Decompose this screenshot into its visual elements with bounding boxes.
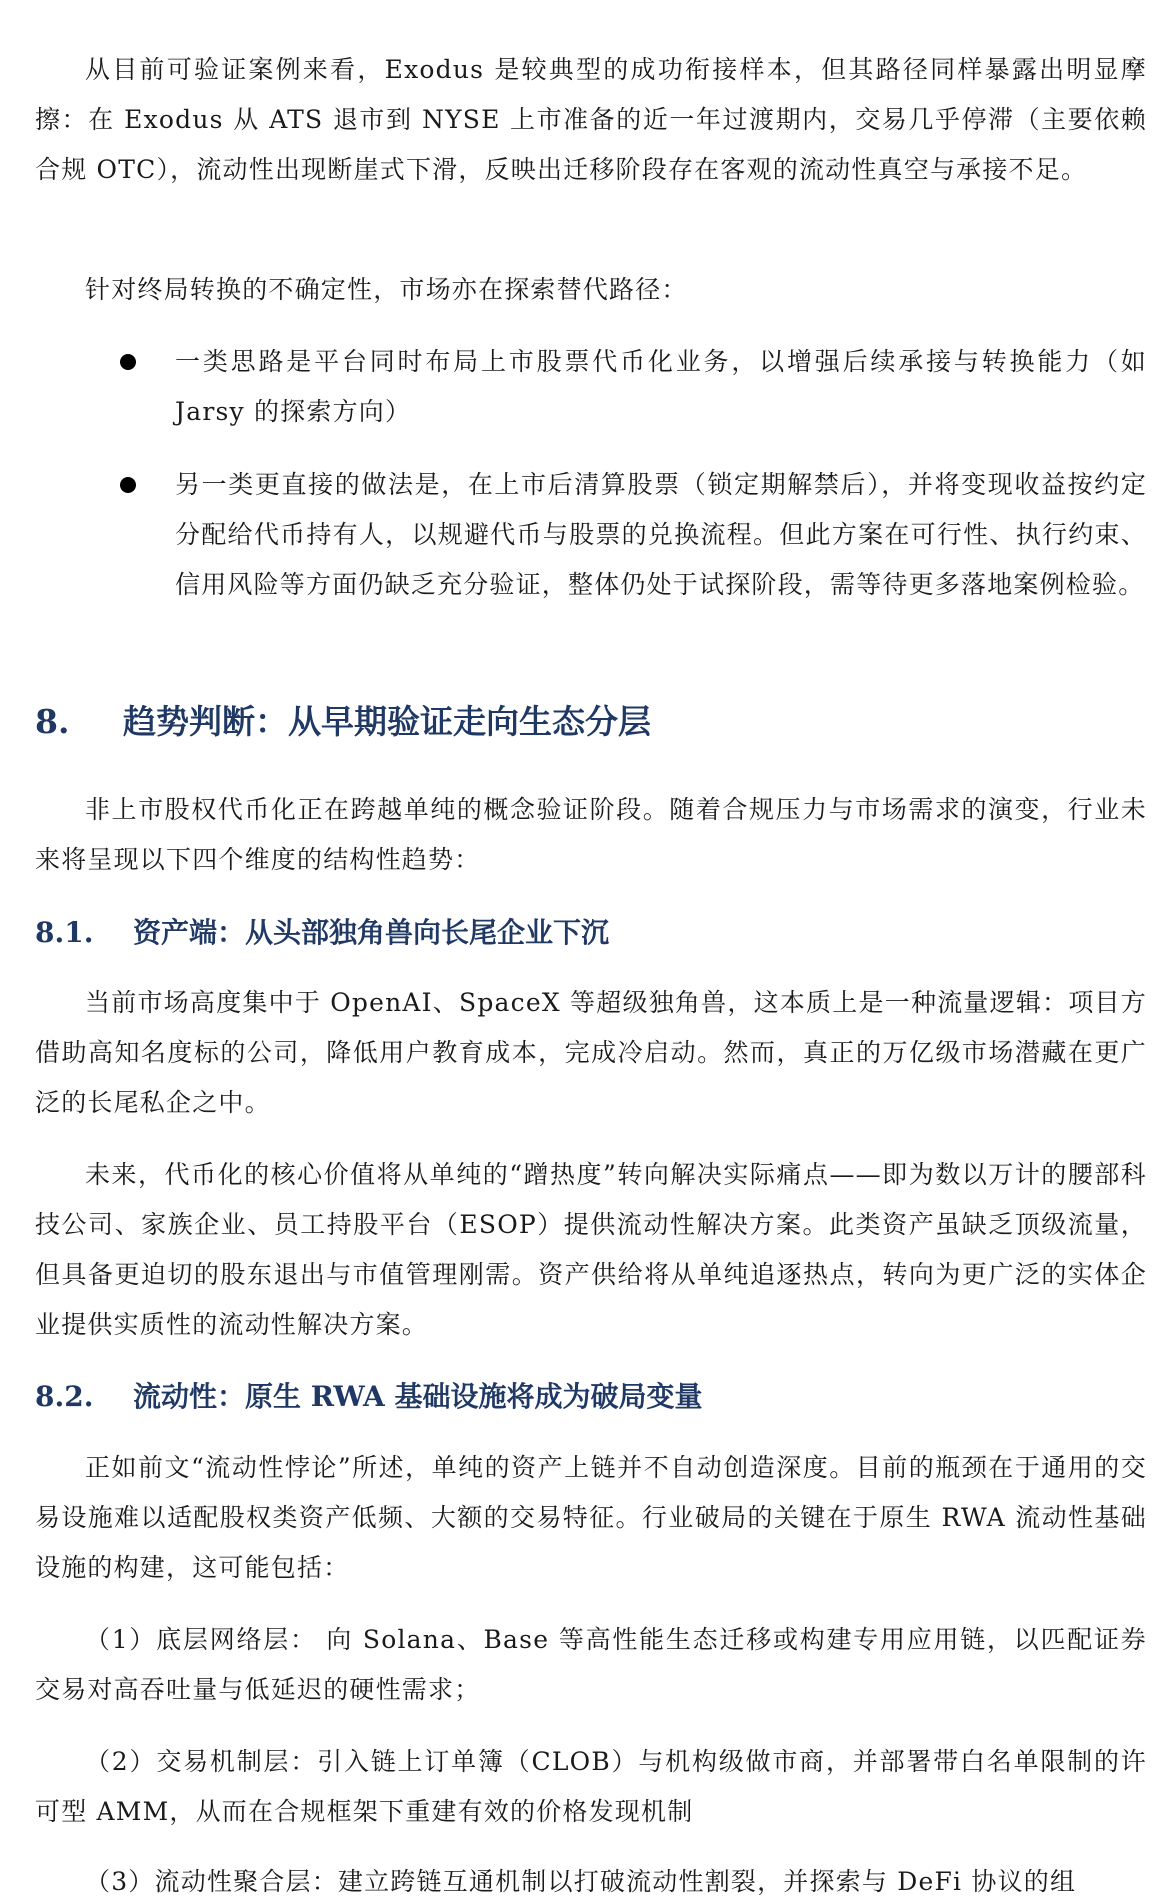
section-number: 8.2. [35,1372,133,1422]
bullet-text: 另一类更直接的做法是，在上市后清算股票（锁定期解禁后），并将变现收益按约定分配给… [175,460,1147,610]
bullet-dot-icon [120,354,136,370]
paragraph-8-1-p1: 当前市场高度集中于 OpenAI、SpaceX 等超级独角兽，这本质上是一种流量… [35,978,1147,1128]
section-number: 8. [35,697,123,747]
section-title: 流动性：原生 RWA 基础设施将成为破局变量 [133,1380,703,1413]
list-item-network-layer: （1）底层网络层： 向 Solana、Base 等高性能生态迁移或构建专用应用链… [35,1615,1147,1715]
list-item-liquidity-layer: （3）流动性聚合层：建立跨链互通机制以打破流动性割裂，并探索与 DeFi 协议的… [35,1857,1147,1904]
section-title: 资产端：从头部独角兽向长尾企业下沉 [133,916,609,949]
paragraph-8-2-p1: 正如前文“流动性悖论”所述，单纯的资产上链并不自动创造深度。目前的瓶颈在于通用的… [35,1443,1147,1593]
paragraph-8-1-p2: 未来，代币化的核心价值将从单纯的“蹭热度”转向解决实际痛点——即为数以万计的腰部… [35,1150,1147,1350]
section-heading-8: 8.趋势判断：从早期验证走向生态分层 [35,697,651,747]
bullet-text: 一类思路是平台同时布局上市股票代币化业务，以增强后续承接与转换能力（如 Jars… [175,337,1147,437]
section-heading-8-1: 8.1.资产端：从头部独角兽向长尾企业下沉 [35,908,609,958]
paragraph-alt-paths-intro: 针对终局转换的不确定性，市场亦在探索替代路径： [35,265,1147,315]
list-item-trading-layer: （2）交易机制层：引入链上订单簿（CLOB）与机构级做市商，并部署带白名单限制的… [35,1737,1147,1837]
paragraph-section8-intro: 非上市股权代币化正在跨越单纯的概念验证阶段。随着合规压力与市场需求的演变，行业未… [35,785,1147,885]
bullet-dot-icon [120,477,136,493]
bullet-item: 另一类更直接的做法是，在上市后清算股票（锁定期解禁后），并将变现收益按约定分配给… [35,460,1147,610]
section-title: 趋势判断：从早期验证走向生态分层 [123,702,651,741]
section-heading-8-2: 8.2.流动性：原生 RWA 基础设施将成为破局变量 [35,1372,703,1422]
paragraph-exodus-case: 从目前可验证案例来看，Exodus 是较典型的成功衔接样本，但其路径同样暴露出明… [35,45,1147,195]
bullet-item: 一类思路是平台同时布局上市股票代币化业务，以增强后续承接与转换能力（如 Jars… [35,337,1147,437]
section-number: 8.1. [35,908,133,958]
